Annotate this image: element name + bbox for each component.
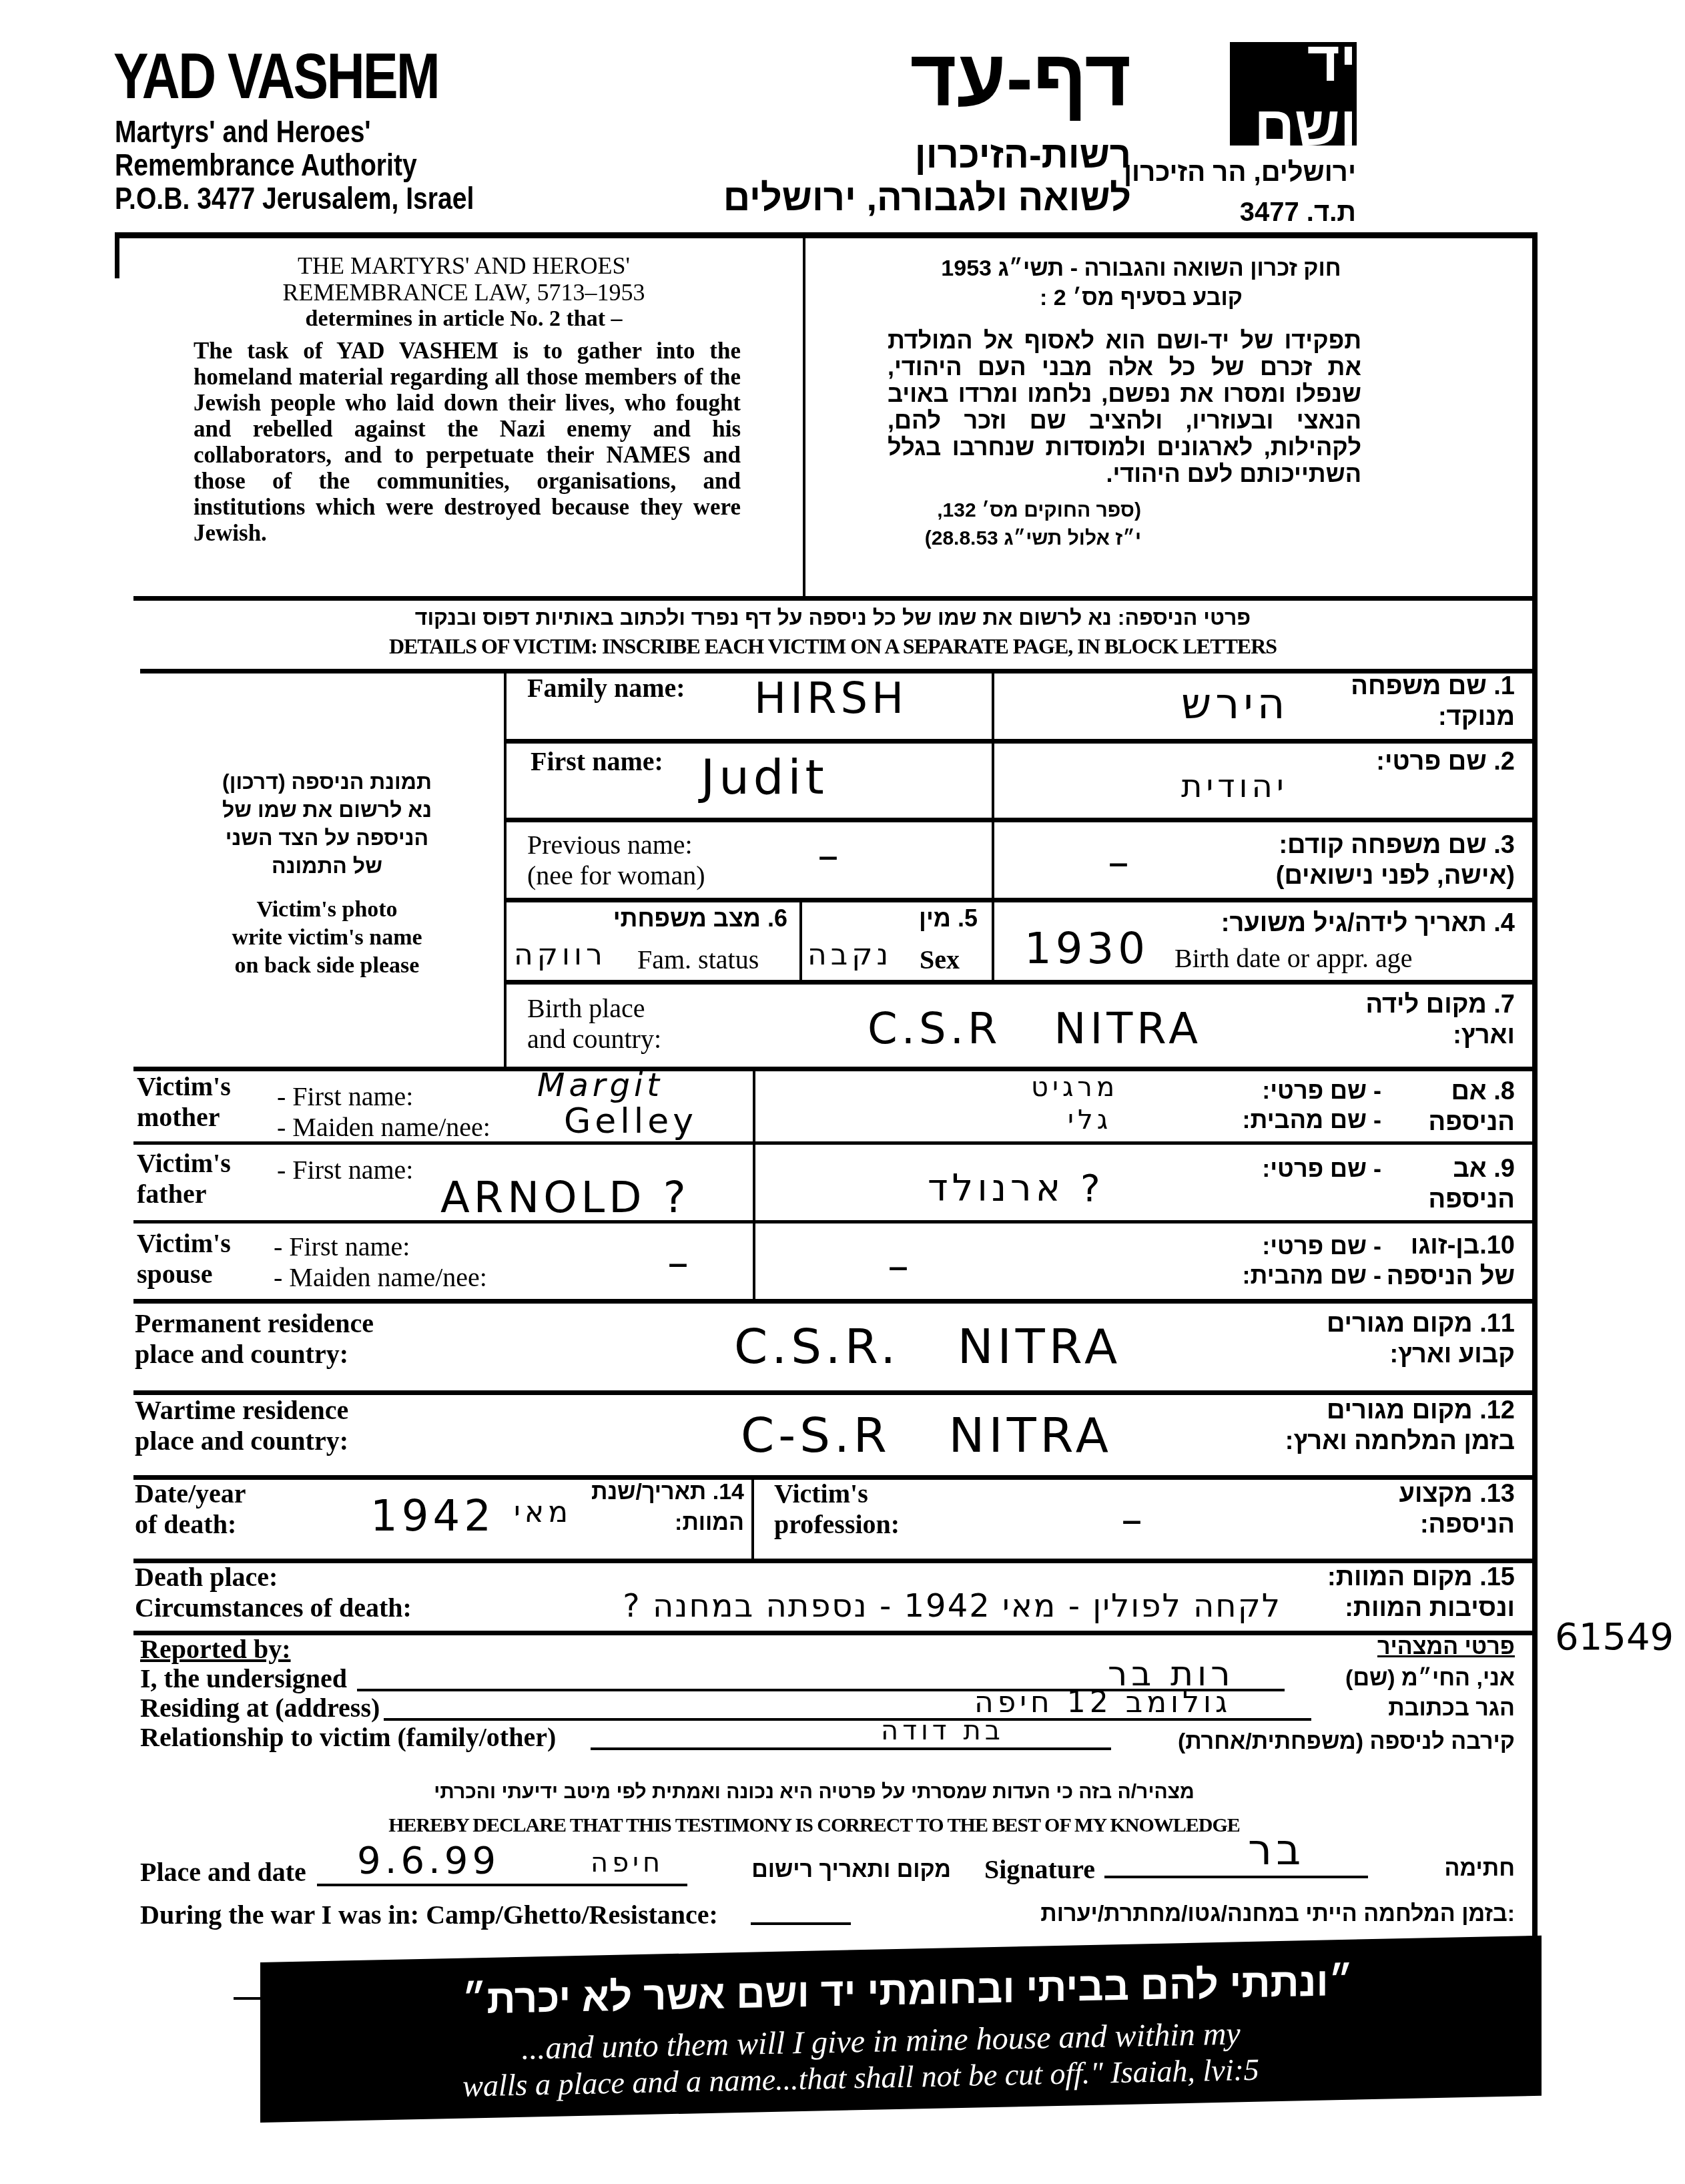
label-line: 1. שם משפחה (1351, 671, 1515, 702)
law-title-he-line: קובע בסעיף מס׳ 2 : (848, 283, 1435, 312)
father-first-name-label-hebrew: - שם פרטי: (1262, 1155, 1381, 1183)
sex-label-hebrew: 5. מין (919, 904, 978, 932)
place-date-value[interactable]: 9.6.99 (357, 1839, 500, 1882)
org-title: YAD VASHEM (113, 40, 438, 113)
mother-maiden-name-value-hebrew[interactable]: גלי (1068, 1105, 1112, 1135)
underline (751, 1922, 851, 1925)
first-name-value-hebrew[interactable]: יהודית (1181, 768, 1288, 805)
permanent-residence-label-hebrew: 11. מקום מגורים קבוע וארץ: (1327, 1308, 1515, 1370)
permanent-residence-value[interactable]: C.S.R. NITRA (734, 1318, 1121, 1374)
label-line: הניספה: (1399, 1509, 1515, 1540)
label-line: Victim's (137, 1228, 231, 1259)
label-line: 10.בן-זוגו (1387, 1230, 1515, 1261)
label-line: father (137, 1179, 231, 1209)
form-title-hebrew: דף-עד (910, 32, 1131, 124)
grid-line (504, 669, 507, 1069)
law-title-line: REMEMBRANCE LAW, 5713–1953 (187, 279, 741, 306)
rule (133, 1220, 1535, 1223)
previous-name-label-hebrew: 3. שם משפחה קודם: (אישה, לפני נישואים) (1276, 830, 1515, 891)
mother-sub-labels-hebrew: - שם פרטי: - שם מהבית: (1243, 1076, 1381, 1135)
war-location-label: During the war I was in: Camp/Ghetto/Res… (140, 1900, 718, 1930)
label-line: 3. שם משפחה קודם: (1276, 830, 1515, 860)
signature-label-hebrew: חתימה (1445, 1856, 1515, 1882)
relationship-value[interactable]: בת דודה (881, 1715, 1004, 1746)
spouse-label: Victim's spouse (137, 1228, 231, 1290)
law-body-english: The task of YAD VASHEM is to gather into… (187, 338, 741, 546)
signature-value[interactable]: בר (1248, 1826, 1305, 1875)
previous-name-label: Previous name: (nee for woman) (527, 830, 705, 891)
label-line: - First name: (277, 1081, 490, 1112)
profession-value[interactable]: – (1121, 1495, 1146, 1545)
label-line: mother (137, 1102, 231, 1133)
label-line: 7. מקום לידה (1365, 989, 1515, 1020)
label-line: - שם פרטי: (1243, 1076, 1381, 1105)
wartime-residence-value[interactable]: C-S.R NITRA (741, 1407, 1112, 1463)
mother-first-name-value-hebrew[interactable]: מרגיט (1031, 1072, 1118, 1103)
reported-by-title-hebrew: פרטי המצהיר (1377, 1634, 1515, 1660)
org-subtitle-line: Martyrs' and Heroes' (115, 115, 474, 148)
family-name-label-hebrew: 1. שם משפחה מנוקד: (1351, 671, 1515, 732)
wartime-residence-label-hebrew: 12. מקום מגורים בזמן המלחמה וארץ: (1285, 1395, 1515, 1456)
grid-line (751, 1475, 754, 1561)
org-subtitle: Martyrs' and Heroes' Remembrance Authori… (115, 115, 474, 215)
label-line: Permanent residence (135, 1308, 374, 1339)
label-line: Death place: (135, 1562, 412, 1593)
label-line: 13. מקצוע (1399, 1478, 1515, 1509)
spouse-value-hebrew[interactable]: – (888, 1242, 913, 1291)
label-line: Circumstances of death: (135, 1593, 412, 1623)
father-first-name-value-hebrew[interactable]: ? ארנולד (928, 1167, 1104, 1210)
permanent-residence-label: Permanent residence place and country: (135, 1308, 374, 1370)
label-line: Victim's (137, 1071, 231, 1102)
label-line: Victim's (774, 1478, 900, 1509)
rule (504, 818, 1535, 822)
father-label: Victim's father (137, 1148, 231, 1209)
footer-banner: ״ונתתי להם בביתי ובחומתי יד ושם אשר לא י… (260, 1936, 1542, 2123)
law-divider (803, 238, 805, 599)
family-name-value-hebrew[interactable]: הירש (1181, 679, 1289, 729)
rule (504, 898, 1535, 902)
underline (591, 1747, 1111, 1750)
place-date-label-hebrew: מקום ותאריך רישום (751, 1857, 951, 1883)
fam-status-value[interactable]: רווקה (514, 938, 607, 972)
rule (133, 1299, 1535, 1304)
law-title-line: determines in article No. 2 that – (187, 306, 741, 332)
previous-name-value[interactable]: – (817, 831, 843, 880)
grid-line (992, 898, 994, 981)
spouse-value[interactable]: – (667, 1238, 693, 1288)
birth-date-label-hebrew: 4. תאריך לידה/גיל משוער: (1221, 908, 1515, 938)
label-line: (אישה, לפני נישואים) (1276, 860, 1515, 891)
spouse-sub-labels: - First name: - Maiden name/nee: (274, 1232, 487, 1293)
photo-en-line: Victim's photo (153, 896, 500, 924)
rule (504, 739, 1535, 744)
law-ref-line: י״ז אלול תשי״ג 28.8.53) (848, 525, 1141, 553)
relationship-label-hebrew: קירבה לניספה (משפחתית/אחרת) (1178, 1729, 1515, 1755)
family-name-label: Family name: (527, 673, 685, 704)
label-line: of death: (135, 1509, 246, 1540)
first-name-label-hebrew: 2. שם פרטי: (1376, 746, 1515, 777)
label-line: (nee for woman) (527, 860, 705, 891)
authority-line: לשואה ולגבורה, ירושלים (723, 176, 1131, 219)
photo-he-line: תמונת הניספה (דרכון) (153, 768, 500, 796)
spouse-sub-labels-hebrew: - שם פרטי: - שם מהבית: (1243, 1232, 1381, 1290)
fam-status-label: Fam. status (637, 944, 759, 975)
label-line: ונסיבות המוות: (1327, 1593, 1515, 1623)
previous-name-value-hebrew[interactable]: – (1108, 838, 1133, 887)
label-line: - שם מהבית: (1243, 1261, 1381, 1290)
label-line: מנוקד: (1351, 702, 1515, 732)
undersigned-label-hebrew: אני, החי״מ (שם) (1345, 1665, 1515, 1691)
death-date-value[interactable]: 1942 (370, 1492, 495, 1541)
label-line: and country: (527, 1024, 661, 1055)
death-place-value[interactable]: לקחה לפולין - מאי 1942 - נספתה במחנה ? (434, 1587, 1281, 1625)
address-line: ת.ד. 3477 (1124, 192, 1356, 232)
label-line: Date/year (135, 1478, 246, 1509)
label-line: place and country: (135, 1339, 374, 1370)
photo-he-line: נא לרשום את שמו של (153, 796, 500, 824)
mother-maiden-name-value[interactable]: Gelley (564, 1101, 697, 1141)
rule (133, 1631, 1535, 1635)
grid-line (753, 1067, 755, 1299)
father-first-name-value[interactable]: ARNOLD ? (440, 1173, 690, 1223)
label-line: Birth place (527, 993, 661, 1024)
yad-vashem-logo: יד ושם (1230, 42, 1357, 146)
signature-label: Signature (984, 1854, 1095, 1885)
rule (133, 1390, 1535, 1395)
grid-line (799, 898, 802, 981)
address-value[interactable]: גולומב 12 חיפה (974, 1685, 1231, 1719)
label-line: - First name: (274, 1232, 487, 1262)
authority-line: רשות-הזיכרון (723, 133, 1131, 176)
father-label-hebrew: 9. אב הניספה (1429, 1153, 1515, 1215)
war-location-label-hebrew: :בזמן המלחמה הייתי במחנה/גטו/מחתרת/יערות (1040, 1901, 1515, 1927)
birth-place-value[interactable]: C.S.R NITRA (868, 1005, 1202, 1054)
label-line: הניספה (1429, 1184, 1515, 1215)
law-body-hebrew: תפקידו של יד-ושם הוא לאסוף אל המולדת את … (888, 327, 1361, 487)
label-line: - שם מהבית: (1243, 1105, 1381, 1135)
authority-hebrew: רשות-הזיכרון לשואה ולגבורה, ירושלים (723, 133, 1131, 219)
birth-place-label-hebrew: 7. מקום לידה וארץ: (1365, 989, 1515, 1051)
margin-record-number: 61549 (1555, 1615, 1674, 1659)
org-subtitle-line: Remembrance Authority (115, 148, 474, 182)
first-name-label: First name: (531, 746, 663, 777)
address-label: Residing at (address) (140, 1693, 380, 1723)
logo-text: יד ושם (1230, 29, 1357, 159)
birth-place-label: Birth place and country: (527, 993, 661, 1055)
fam-status-label-hebrew: 6. מצב משפחתי (613, 904, 787, 932)
law-hebrew: חוק זכרון השואה והגבורה - תשי״ג 1953 קוב… (848, 254, 1435, 553)
death-place-label: Death place: Circumstances of death: (135, 1562, 412, 1623)
rule (504, 980, 1535, 985)
rule (140, 669, 1535, 673)
label-line: spouse (137, 1259, 231, 1290)
label-line: Victim's (137, 1148, 231, 1179)
label-line: 11. מקום מגורים (1327, 1308, 1515, 1339)
relationship-label: Relationship to victim (family/other) (140, 1722, 556, 1753)
label-line: - Maiden name/nee: (274, 1262, 487, 1293)
details-header: פרטי הניספה: נא לרשום את שמו של כל ניספה… (133, 602, 1532, 659)
death-date-label: Date/year of death: (135, 1478, 246, 1540)
birth-date-label: Birth date or appr. age (1174, 943, 1413, 974)
sex-value[interactable]: נקבה (807, 938, 892, 972)
place-date-label: Place and date (140, 1857, 306, 1888)
rule (133, 1067, 1535, 1071)
profession-label-hebrew: 13. מקצוע הניספה: (1399, 1478, 1515, 1540)
label-line: 8. אם (1429, 1076, 1515, 1107)
law-title-line: THE MARTYRS' AND HEROES' (187, 252, 741, 279)
label-line: - שם פרטי: (1243, 1232, 1381, 1261)
photo-en-line: write victim's name (153, 924, 500, 952)
reported-by-title: Reported by: (140, 1634, 291, 1665)
rule (133, 596, 1535, 601)
first-name-value[interactable]: Judit (701, 749, 828, 805)
photo-box: תמונת הניספה (דרכון) נא לרשום את שמו של … (153, 768, 500, 980)
sex-label: Sex (920, 944, 960, 975)
underline (317, 1884, 687, 1886)
label-line: 15. מקום המוות: (1327, 1562, 1515, 1593)
label-line: הניספה (1429, 1107, 1515, 1137)
undersigned-label: I, the undersigned (140, 1663, 347, 1694)
frame-right (1532, 232, 1538, 1989)
banner-streak (234, 1997, 434, 2000)
profession-label: Victim's profession: (774, 1478, 900, 1540)
address-hebrew: ירושלים, הר הזיכרון ת.ד. 3477 (1124, 152, 1356, 232)
declaration-hebrew: מצהיר/ה בזה כי העדות שמסרתי על פרטיה היא… (320, 1781, 1308, 1804)
label-line: בזמן המלחמה וארץ: (1285, 1426, 1515, 1456)
death-place-label-hebrew: 15. מקום המוות: ונסיבות המוות: (1327, 1562, 1515, 1623)
label-line: 14. תאריך/שנת (591, 1476, 744, 1507)
photo-en-line: on back side please (153, 952, 500, 980)
mother-label: Victim's mother (137, 1071, 231, 1133)
law-ref-line: (ספר החוקים מס׳ 132, (848, 497, 1141, 525)
birth-date-value[interactable]: 1930 (1024, 924, 1149, 974)
mother-sub-labels: - First name: - Maiden name/nee: (277, 1081, 490, 1143)
law-english: THE MARTYRS' AND HEROES' REMEMBRANCE LAW… (187, 252, 741, 546)
underline (1104, 1876, 1368, 1878)
label-line: של הניספה (1387, 1261, 1515, 1292)
mother-first-name-value[interactable]: Margit (537, 1067, 663, 1104)
death-date-value-hebrew[interactable]: מאי (514, 1495, 572, 1529)
label-line: 9. אב (1429, 1153, 1515, 1184)
photo-he-line: של התמונה (153, 852, 500, 880)
label-line: המוות: (591, 1507, 744, 1538)
frame-top (115, 232, 1535, 238)
label-line: Previous name: (527, 830, 705, 860)
death-date-label-hebrew: 14. תאריך/שנת המוות: (591, 1476, 744, 1538)
details-header-hebrew: פרטי הניספה: נא לרשום את שמו של כל ניספה… (133, 602, 1532, 633)
label-line: place and country: (135, 1426, 348, 1456)
father-first-name-label: - First name: (277, 1155, 413, 1185)
address-label-hebrew: הגר בכתובת (1388, 1695, 1515, 1721)
label-line: 12. מקום מגורים (1285, 1395, 1515, 1426)
wartime-residence-label: Wartime residence place and country: (135, 1395, 348, 1456)
details-header-english: DETAILS OF VICTIM: INSCRIBE EACH VICTIM … (133, 633, 1532, 659)
label-line: Wartime residence (135, 1395, 348, 1426)
place-value-hebrew[interactable]: חיפה (591, 1848, 664, 1878)
grid-line (992, 669, 994, 902)
label-line: - Maiden name/nee: (277, 1112, 490, 1143)
mother-label-hebrew: 8. אם הניספה (1429, 1076, 1515, 1137)
org-subtitle-line: P.O.B. 3477 Jerusalem, Israel (115, 182, 474, 215)
law-title-he-line: חוק זכרון השואה והגבורה - תשי״ג 1953 (848, 254, 1435, 283)
declaration-english: HEREBY DECLARE THAT THIS TESTIMONY IS CO… (320, 1814, 1308, 1837)
family-name-value[interactable]: HIRSH (754, 674, 908, 724)
spouse-label-hebrew: 10.בן-זוגו של הניספה (1387, 1230, 1515, 1292)
label-line: קבוע וארץ: (1327, 1339, 1515, 1370)
address-line: ירושלים, הר הזיכרון (1124, 152, 1356, 192)
photo-he-line: הניספה על הצד השני (153, 824, 500, 852)
label-line: profession: (774, 1509, 900, 1540)
frame-left-tick (115, 238, 119, 278)
label-line: וארץ: (1365, 1020, 1515, 1051)
